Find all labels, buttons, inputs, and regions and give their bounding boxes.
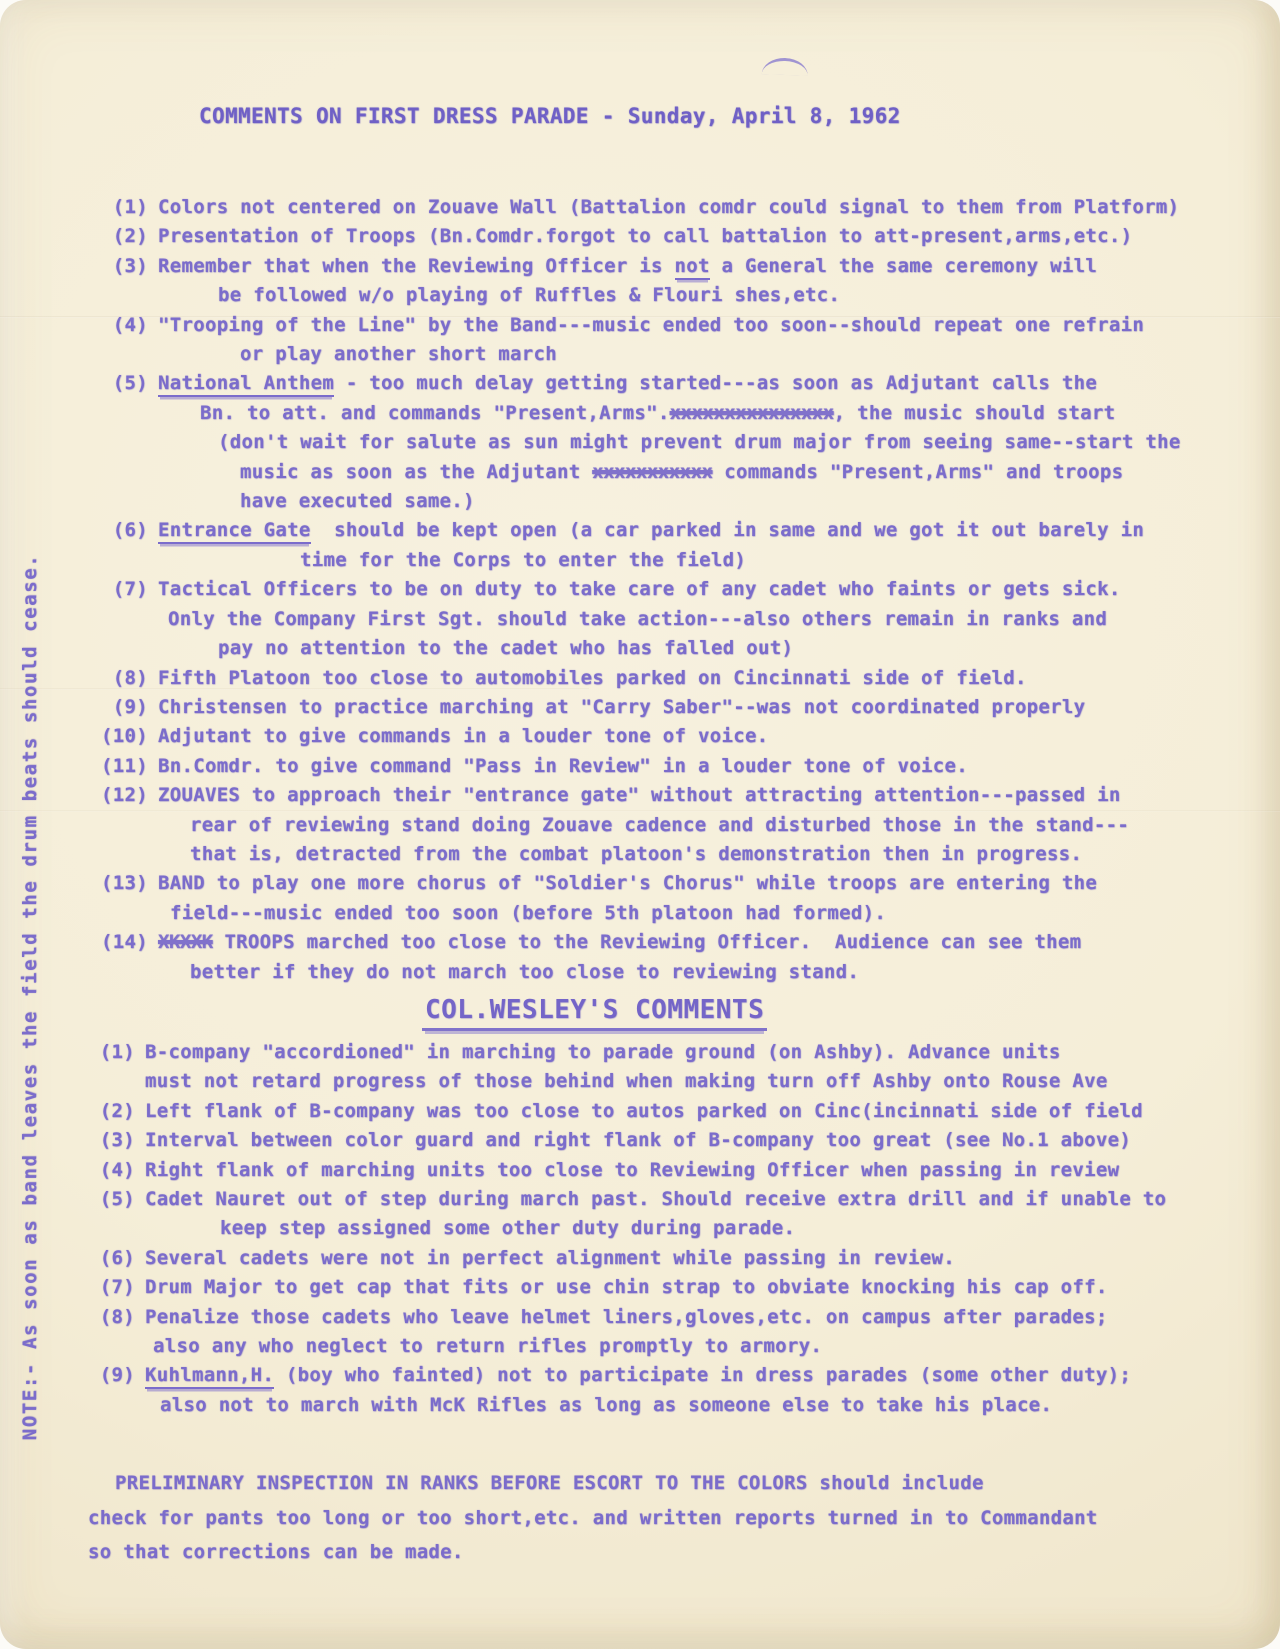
- text-segment: PRELIMINARY INSPECTION IN RANKS BEFORE E…: [115, 1472, 984, 1494]
- item-line: Colors not centered on Zouave Wall (Batt…: [158, 193, 1225, 222]
- text-segment: Tactical Officers to be on duty to take …: [158, 578, 1121, 600]
- item-line: Only the Company First Sgt. should take …: [168, 605, 1225, 634]
- text-segment: time for the Corps to enter the field): [300, 549, 746, 571]
- text-segment: Bn.Comdr. to give command "Pass in Revie…: [158, 755, 968, 777]
- text-segment: a General the same ceremony will: [710, 255, 1097, 277]
- item-line: also any who neglect to return rifles pr…: [153, 1332, 1225, 1361]
- text-segment: Right flank of marching units too close …: [145, 1159, 1119, 1181]
- document: COMMENTS ON FIRST DRESS PARADE - Sunday,…: [0, 0, 1280, 1649]
- margin-note: NOTE:- As soon as band leaves the field …: [8, 537, 52, 1457]
- list-item: (6)Several cadets were not in perfect al…: [0, 1244, 1225, 1273]
- text-segment: "Trooping of the Line" by the Band---mus…: [158, 314, 1144, 336]
- item-line: Bn. to att. and commands "Present,Arms".…: [200, 399, 1225, 428]
- item-number: (2): [0, 222, 148, 251]
- list-item: (11)Bn.Comdr. to give command "Pass in R…: [0, 752, 1225, 781]
- list-item: (3)Interval between color guard and righ…: [0, 1126, 1225, 1155]
- item-number: (4): [0, 311, 148, 340]
- item-line: so that corrections can be made.: [88, 1535, 1098, 1570]
- item-line: Bn.Comdr. to give command "Pass in Revie…: [158, 752, 1225, 781]
- text-segment: have executed same.): [240, 490, 475, 512]
- text-segment: Fifth Platoon too close to automobiles p…: [158, 667, 1027, 689]
- text-segment: Several cadets were not in perfect align…: [145, 1247, 955, 1269]
- item-line: music as soon as the Adjutant xxxxxxxxxx…: [240, 458, 1225, 487]
- closing-paragraph: PRELIMINARY INSPECTION IN RANKS BEFORE E…: [88, 1466, 1098, 1570]
- list-item: (10)Adjutant to give commands in a loude…: [0, 722, 1225, 751]
- text-segment: check for pants too long or too short,et…: [88, 1507, 1098, 1529]
- item-line: keep step assigned some other duty durin…: [220, 1214, 1225, 1243]
- item-line: rear of reviewing stand doing Zouave cad…: [190, 811, 1225, 840]
- struck-out-text: XKXXK: [158, 931, 213, 953]
- text-segment: (boy who fainted) not to participate in …: [274, 1364, 1131, 1386]
- text-segment: - too much delay getting started---as so…: [334, 372, 1097, 394]
- underlined-text: not: [675, 255, 710, 280]
- text-segment: ZOUAVES to approach their "entrance gate…: [158, 784, 1121, 806]
- item-line: XKXXK TROOPS marched too close to the Re…: [158, 928, 1225, 957]
- text-segment: Adjutant to give commands in a louder to…: [158, 725, 768, 747]
- struck-out-text: xxxxxxxxxxx: [592, 461, 712, 483]
- text-segment: Bn. to att. and commands "Present,Arms".: [200, 402, 670, 424]
- item-line: Drum Major to get cap that fits or use c…: [145, 1273, 1225, 1302]
- text-segment: B-company "accordioned" in marching to p…: [145, 1041, 1061, 1063]
- text-segment: Drum Major to get cap that fits or use c…: [145, 1276, 1108, 1298]
- text-segment: keep step assigned some other duty durin…: [220, 1217, 795, 1239]
- list-item: (1)B-company "accordioned" in marching t…: [0, 1038, 1225, 1097]
- item-line: Christensen to practice marching at "Car…: [158, 693, 1225, 722]
- item-line: time for the Corps to enter the field): [300, 546, 1225, 575]
- item-line: (don't wait for salute as sun might prev…: [218, 428, 1225, 457]
- text-segment: , the music should start: [834, 402, 1116, 424]
- item-line: Several cadets were not in perfect align…: [145, 1244, 1225, 1273]
- list-item: (5)Cadet Nauret out of step during march…: [0, 1185, 1225, 1244]
- item-line: "Trooping of the Line" by the Band---mus…: [158, 311, 1225, 340]
- text-segment: TROOPS marched too close to the Reviewin…: [213, 931, 1082, 953]
- text-segment: be followed w/o playing of Ruffles & Flo…: [218, 284, 840, 306]
- list-item: (7)Tactical Officers to be on duty to ta…: [0, 575, 1225, 663]
- text-segment: (don't wait for salute as sun might prev…: [218, 431, 1181, 453]
- item-line: field---music ended too soon (before 5th…: [170, 899, 1225, 928]
- list-item: (8)Fifth Platoon too close to automobile…: [0, 664, 1225, 693]
- item-line: Kuhlmann,H. (boy who fainted) not to par…: [145, 1361, 1225, 1390]
- item-line: Presentation of Troops (Bn.Comdr.forgot …: [158, 222, 1225, 251]
- item-number: (1): [0, 193, 148, 222]
- wesley-comments-list: (1)B-company "accordioned" in marching t…: [0, 1038, 1225, 1420]
- item-line: pay no attention to the cadet who has fa…: [218, 634, 1225, 663]
- text-segment: Left flank of B-company was too close to…: [145, 1100, 1143, 1122]
- item-line: Left flank of B-company was too close to…: [145, 1097, 1225, 1126]
- struck-out-text: xxxxxxxxxxxxxxx: [670, 402, 834, 424]
- text-segment: Cadet Nauret out of step during march pa…: [145, 1188, 1166, 1210]
- item-number: (3): [0, 252, 148, 281]
- item-line: Penalize those cadets who leave helmet l…: [145, 1303, 1225, 1332]
- list-item: (2)Presentation of Troops (Bn.Comdr.forg…: [0, 222, 1225, 251]
- underlined-text: Kuhlmann,H.: [145, 1364, 274, 1389]
- text-segment: must not retard progress of those behind…: [145, 1070, 1108, 1092]
- item-line: National Anthem - too much delay getting…: [158, 369, 1225, 398]
- text-segment: should be kept open (a car parked in sam…: [311, 519, 1144, 541]
- item-line: Right flank of marching units too close …: [145, 1156, 1225, 1185]
- item-line: or play another short march: [240, 340, 1225, 369]
- item-line: ZOUAVES to approach their "entrance gate…: [158, 781, 1225, 810]
- item-line: that is, detracted from the combat plato…: [190, 840, 1225, 869]
- item-line: PRELIMINARY INSPECTION IN RANKS BEFORE E…: [115, 1466, 1098, 1501]
- text-segment: Penalize those cadets who leave helmet l…: [145, 1306, 1108, 1328]
- item-line: have executed same.): [240, 487, 1225, 516]
- item-line: also not to march with McK Rifles as lon…: [160, 1391, 1225, 1420]
- item-line: Fifth Platoon too close to automobiles p…: [158, 664, 1225, 693]
- list-item: (2)Left flank of B-company was too close…: [0, 1097, 1225, 1126]
- text-segment: commands "Present,Arms" and troops: [713, 461, 1124, 483]
- item-line: B-company "accordioned" in marching to p…: [145, 1038, 1225, 1067]
- text-segment: that is, detracted from the combat plato…: [190, 843, 1082, 865]
- text-segment: better if they do not march too close to…: [190, 961, 859, 983]
- document-title: COMMENTS ON FIRST DRESS PARADE - Sunday,…: [199, 104, 901, 128]
- list-item: (12)ZOUAVES to approach their "entrance …: [0, 781, 1225, 869]
- item-number: (5): [0, 369, 148, 398]
- list-item: (4)Right flank of marching units too clo…: [0, 1156, 1225, 1185]
- text-segment: Presentation of Troops (Bn.Comdr.forgot …: [158, 225, 1132, 247]
- list-item: (6)Entrance Gate should be kept open (a …: [0, 516, 1225, 575]
- item-line: check for pants too long or too short,et…: [88, 1501, 1098, 1536]
- list-item: (4)"Trooping of the Line" by the Band---…: [0, 311, 1225, 370]
- text-segment: or play another short march: [240, 343, 557, 365]
- text-segment: field---music ended too soon (before 5th…: [170, 902, 886, 924]
- list-item: (1)Colors not centered on Zouave Wall (B…: [0, 193, 1225, 222]
- text-segment: Interval between color guard and right f…: [145, 1129, 1131, 1151]
- text-segment: so that corrections can be made.: [88, 1541, 464, 1563]
- item-line: BAND to play one more chorus of "Soldier…: [158, 869, 1225, 898]
- list-item: (9)Kuhlmann,H. (boy who fainted) not to …: [0, 1361, 1225, 1420]
- underlined-text: National Anthem: [158, 372, 334, 397]
- text-segment: music as soon as the Adjutant: [240, 461, 592, 483]
- text-segment: Christensen to practice marching at "Car…: [158, 696, 1085, 718]
- item-line: better if they do not march too close to…: [190, 958, 1225, 987]
- list-item: (7)Drum Major to get cap that fits or us…: [0, 1273, 1225, 1302]
- text-segment: Only the Company First Sgt. should take …: [168, 608, 1107, 630]
- text-segment: also any who neglect to return rifles pr…: [153, 1335, 822, 1357]
- text-segment: pay no attention to the cadet who has fa…: [218, 637, 793, 659]
- item-line: Cadet Nauret out of step during march pa…: [145, 1185, 1225, 1214]
- text-segment: BAND to play one more chorus of "Soldier…: [158, 872, 1097, 894]
- pen-mark: [762, 57, 809, 76]
- text-segment: Remember that when the Reviewing Officer…: [158, 255, 675, 277]
- item-line: Interval between color guard and right f…: [145, 1126, 1225, 1155]
- list-item: (3)Remember that when the Reviewing Offi…: [0, 252, 1225, 311]
- text-segment: rear of reviewing stand doing Zouave cad…: [190, 814, 1129, 836]
- item-line: Remember that when the Reviewing Officer…: [158, 252, 1225, 281]
- item-line: must not retard progress of those behind…: [145, 1067, 1225, 1096]
- parade-comments-list: (1)Colors not centered on Zouave Wall (B…: [0, 193, 1225, 987]
- item-line: Entrance Gate should be kept open (a car…: [158, 516, 1225, 545]
- underlined-text: Entrance Gate: [158, 519, 311, 544]
- list-item: (14)XKXXK TROOPS marched too close to th…: [0, 928, 1225, 987]
- wesley-comments-heading: COL.WESLEY'S COMMENTS: [422, 995, 767, 1031]
- item-line: be followed w/o playing of Ruffles & Flo…: [218, 281, 1225, 310]
- list-item: (8)Penalize those cadets who leave helme…: [0, 1303, 1225, 1362]
- item-line: Tactical Officers to be on duty to take …: [158, 575, 1225, 604]
- text-segment: Colors not centered on Zouave Wall (Batt…: [158, 196, 1179, 218]
- list-item: (13)BAND to play one more chorus of "Sol…: [0, 869, 1225, 928]
- item-line: Adjutant to give commands in a louder to…: [158, 722, 1225, 751]
- list-item: (9)Christensen to practice marching at "…: [0, 693, 1225, 722]
- list-item: (5)National Anthem - too much delay gett…: [0, 369, 1225, 516]
- text-segment: also not to march with McK Rifles as lon…: [160, 1394, 1052, 1416]
